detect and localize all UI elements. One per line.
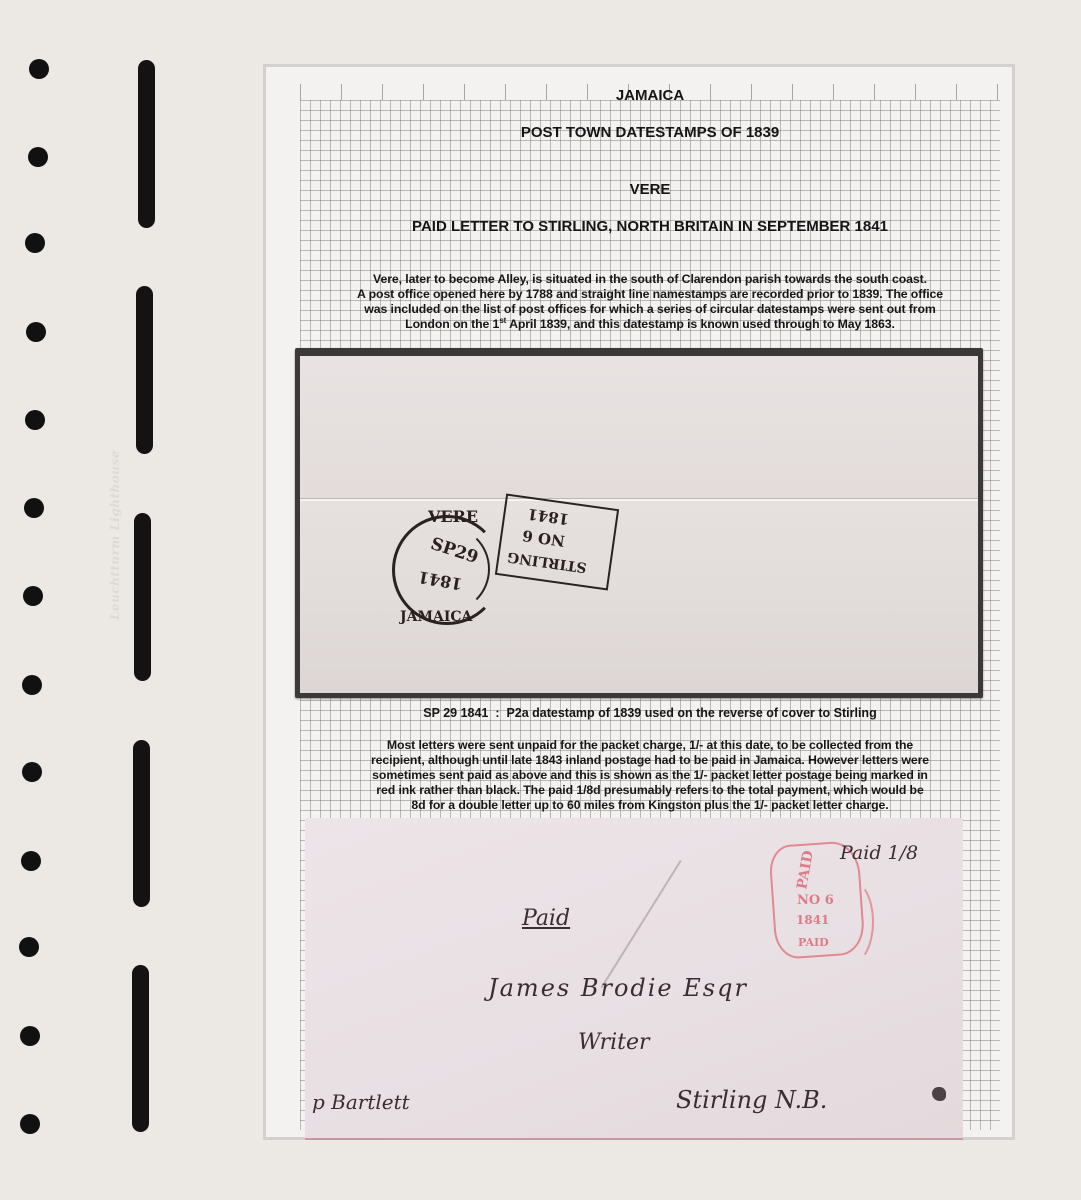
cover-caption: SP 29 1841 : P2a datestamp of 1839 used … <box>300 706 1000 720</box>
body-paragraph: Most letters were sent unpaid for the pa… <box>320 738 980 813</box>
arrival-date: NO 6 <box>521 526 566 550</box>
body-line: Most letters were sent unpaid for the pa… <box>320 738 980 753</box>
binder-hole <box>25 410 45 430</box>
binder-hole <box>23 586 43 606</box>
binder-hole <box>21 851 41 871</box>
handwritten-endorsement: p Bartlett <box>312 1090 410 1114</box>
cover-flap: VERE SP29 1841 JAMAICA 1841 NO 6 STIRLIN… <box>300 499 978 693</box>
binder-hole <box>20 1114 40 1134</box>
handwritten-rate: Paid 1/8 <box>840 842 918 864</box>
binder-hole <box>19 937 39 957</box>
handwritten-paid: Paid <box>522 906 570 931</box>
page-subtitle: PAID LETTER TO STIRLING, NORTH BRITAIN I… <box>300 218 1000 235</box>
red-stamp-year: 1841 <box>796 913 829 927</box>
binder-hole <box>24 498 44 518</box>
binder-slot <box>132 965 149 1132</box>
intro-line: Vere, later to become Alley, is situated… <box>320 272 980 287</box>
intro-line: A post office opened here by 1788 and st… <box>320 287 980 302</box>
red-stamp-bottom: PAID <box>798 936 829 949</box>
binder-hole <box>20 1026 40 1046</box>
page-title-series: POST TOWN DATESTAMPS OF 1839 <box>300 124 1000 141</box>
binder-hole <box>25 233 45 253</box>
arrival-town: STIRLING <box>506 548 587 575</box>
binder-slot <box>138 60 155 228</box>
binder-slot <box>133 740 150 907</box>
intro-line: was included on the list of post offices… <box>320 302 980 317</box>
intro-paragraph: Vere, later to become Alley, is situated… <box>320 272 980 332</box>
cover-reverse: VERE SP29 1841 JAMAICA 1841 NO 6 STIRLIN… <box>300 356 978 691</box>
handwritten-destination: Stirling N.B. <box>676 1086 827 1114</box>
binder-hole <box>22 675 42 695</box>
binder-hole <box>29 59 49 79</box>
binder-slot <box>136 286 153 454</box>
binder-hole <box>26 322 46 342</box>
brand-watermark: Leuchtturm Lighthouse <box>108 450 122 620</box>
cds-top: VERE <box>428 507 478 526</box>
red-paid-stamp-arc <box>830 880 874 964</box>
ink-spot <box>932 1087 946 1101</box>
cds-bottom: JAMAICA <box>400 609 472 625</box>
body-line: 8d for a double letter up to 60 miles fr… <box>320 798 980 813</box>
arrival-year: 1841 <box>526 505 570 529</box>
page-title-town: VERE <box>300 181 1000 198</box>
handwritten-addressee: James Brodie Esqr <box>488 974 748 1002</box>
page-title-country: JAMAICA <box>300 87 1000 104</box>
red-stamp-date: NO 6 <box>797 893 834 908</box>
binder-hole <box>22 762 42 782</box>
body-line: recipient, although until late 1843 inla… <box>320 753 980 768</box>
body-line: sometimes sent paid as above and this is… <box>320 768 980 783</box>
body-line: red ink rather than black. The paid 1/8d… <box>320 783 980 798</box>
binder-hole <box>28 147 48 167</box>
arrival-box-stamp: 1841 NO 6 STIRLING <box>495 493 619 590</box>
intro-line: London on the 1st April 1839, and this d… <box>320 317 980 332</box>
binder-slot <box>134 513 151 681</box>
handwritten-writer: Writer <box>578 1030 650 1055</box>
